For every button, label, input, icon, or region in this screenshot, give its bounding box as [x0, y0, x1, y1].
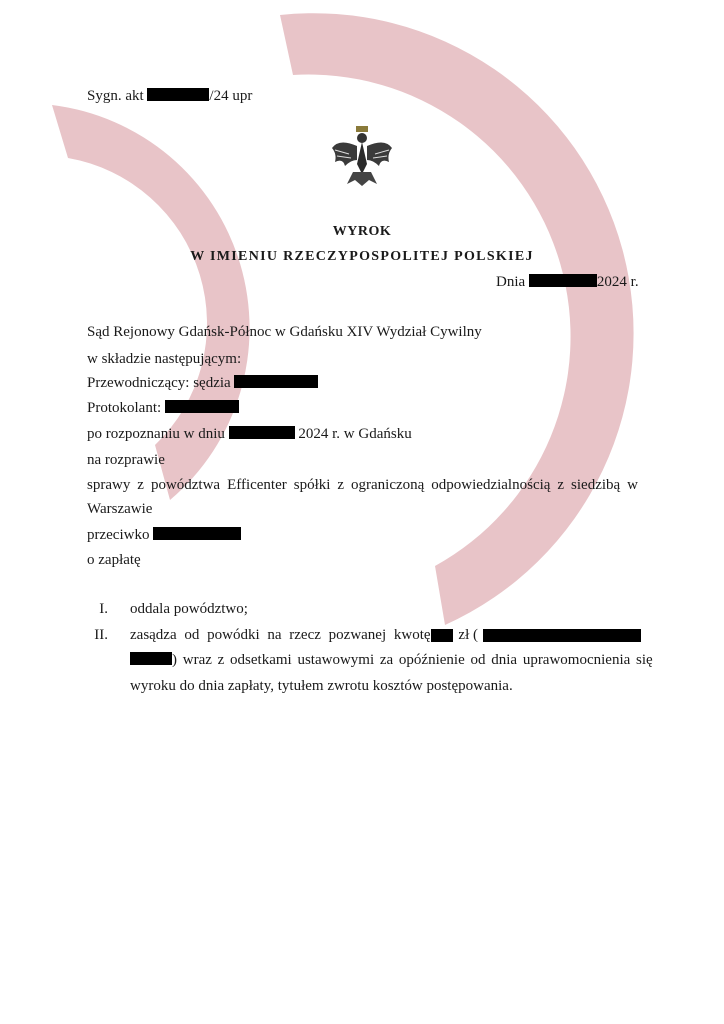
redaction	[153, 527, 241, 540]
case-subject: o zapłatę	[87, 551, 141, 569]
redaction	[483, 629, 641, 642]
session-type: na rozprawie	[87, 451, 165, 469]
composition-label: w składzie następującym:	[87, 350, 241, 368]
signature-label: Sygn. akt	[87, 88, 144, 104]
case-plaintiff-city: Warszawie	[87, 500, 152, 518]
against-label: przeciwko	[87, 527, 149, 543]
document-page: Sygn. akt /24 upr WYROK W IMIENIU RZECZY…	[0, 0, 724, 1024]
case-defendant: przeciwko	[87, 526, 241, 544]
ruling-item-2-line3: wyroku do dnia zapłaty, tytułem zwrotu k…	[130, 677, 513, 695]
ruling-number: II.	[78, 626, 108, 644]
redaction	[229, 426, 295, 439]
date-suffix: 2024 r.	[597, 274, 639, 290]
redaction	[147, 88, 209, 101]
ruling-item-1: oddala powództwo;	[130, 600, 248, 618]
redaction	[165, 400, 239, 413]
court-name: Sąd Rejonowy Gdańsk-Północ w Gdańsku XIV…	[87, 323, 482, 341]
ruling-item-2-line1: zasądza od powódki na rzecz pozwanej kwo…	[130, 626, 641, 644]
hearing-prefix: po rozpoznaniu w dniu	[87, 426, 225, 442]
case-signature: Sygn. akt /24 upr	[87, 87, 252, 105]
ruling-text: zł (	[458, 626, 478, 644]
redaction	[234, 375, 318, 388]
presiding-label: Przewodniczący: sędzia	[87, 375, 231, 391]
ruling-item-2-line2: ) wraz z odsetkami ustawowymi za opóźnie…	[130, 651, 653, 669]
date-prefix: Dnia	[496, 274, 525, 290]
presiding-judge: Przewodniczący: sędzia	[87, 374, 318, 392]
signature-suffix: /24 upr	[209, 88, 252, 104]
redaction	[529, 274, 597, 287]
verdict-title: WYROK	[0, 223, 724, 241]
ruling-text: ) wraz z odsetkami ustawowymi za opóźnie…	[172, 652, 653, 668]
redaction	[130, 652, 172, 665]
case-plaintiff: sprawy z powództwa Efficenter spółki z o…	[87, 476, 638, 494]
verdict-date: Dnia 2024 r.	[496, 273, 639, 291]
redaction	[431, 629, 453, 642]
ruling-number: I.	[78, 600, 108, 618]
clerk-label: Protokolant:	[87, 400, 161, 416]
verdict-subtitle: W IMIENIU RZECZYPOSPOLITEJ POLSKIEJ	[0, 248, 724, 266]
hearing-suffix: 2024 r. w Gdańsku	[298, 426, 411, 442]
ruling-text: zasądza od powódki na rzecz pozwanej kwo…	[130, 626, 431, 644]
hearing-date: po rozpoznaniu w dniu 2024 r. w Gdańsku	[87, 425, 412, 443]
court-clerk: Protokolant:	[87, 399, 239, 417]
polish-eagle-emblem-icon	[329, 124, 395, 190]
